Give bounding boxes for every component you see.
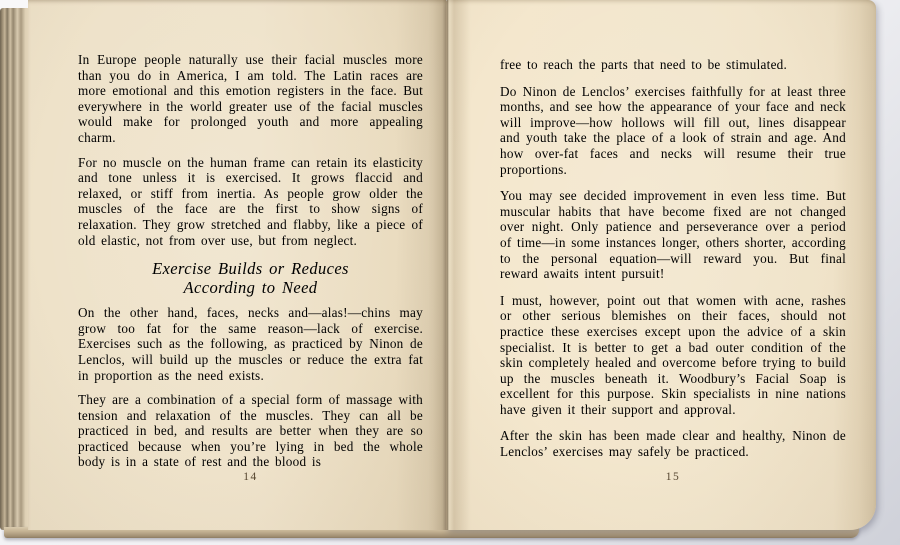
page-number-right: 15 <box>500 471 846 483</box>
right-page-text: free to reach the parts that need to be … <box>500 57 846 471</box>
paragraph: free to reach the parts that need to be … <box>500 57 846 73</box>
open-book: In Europe people naturally use their fac… <box>0 0 878 538</box>
page-number-left: 14 <box>78 471 423 483</box>
section-heading: Exercise Builds or Reduces According to … <box>78 259 423 297</box>
section-heading-line1: Exercise Builds or Reduces <box>78 259 423 278</box>
paragraph: They are a combination of a special form… <box>78 392 423 470</box>
paragraph: In Europe people naturally use their fac… <box>78 52 423 146</box>
paragraph: Do Ninon de Lenclos’ exercises faithfull… <box>500 84 846 178</box>
paragraph: For no muscle on the human frame can ret… <box>78 155 423 249</box>
section-heading-line2: According to Need <box>78 278 423 297</box>
paragraph: You may see decided improvement in even … <box>500 188 846 282</box>
book-page-edges-left <box>0 8 30 530</box>
photo-background: In Europe people naturally use their fac… <box>0 0 900 545</box>
paragraph: After the skin has been made clear and h… <box>500 428 846 459</box>
paragraph: On the other hand, faces, necks and—alas… <box>78 305 423 383</box>
left-page-text: In Europe people naturally use their fac… <box>78 52 423 479</box>
paragraph: I must, however, point out that women wi… <box>500 293 846 418</box>
